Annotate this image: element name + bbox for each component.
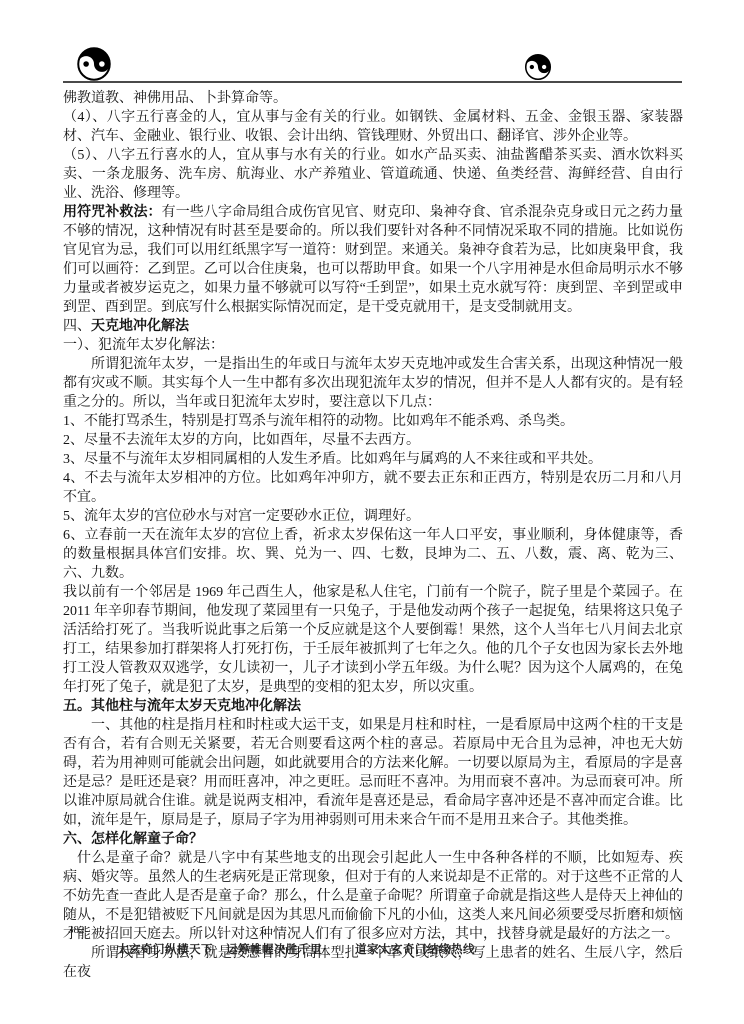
paragraph-lead: 用符咒补救法： <box>63 205 162 220</box>
yin-yang-taiji-icon-right <box>524 53 552 81</box>
page-number: 382 <box>68 924 85 936</box>
header-divider <box>63 81 682 83</box>
paragraph: 一、其他的柱是指月柱和时柱或大运干支，如果是月柱和时柱，一是看原局中这两个柱的干… <box>63 716 683 830</box>
paragraph: 我以前有一个邻居是 1969 年己酉生人，他家是私人住宅，门前有一个院子，院子里… <box>63 583 683 697</box>
footer-slogan-right: 道家太玄奇门结缘热线 <box>355 944 475 956</box>
yin-yang-taiji-icon-left <box>76 46 112 82</box>
document-body: 佛教道教、神佛用品、卜卦算命等。（4）、八字五行喜金的人，宜从事与金有关的行业。… <box>63 89 683 982</box>
paragraph: 所谓犯流年太岁，一是指出生的年或日与流年太岁天克地冲或发生合害关系，出现这种情况… <box>63 355 683 412</box>
footer-slogan-left: 太玄奇门纵横天下 <box>117 944 213 956</box>
section-heading: 五。其他柱与流年太岁天克地冲化解法 <box>63 697 683 716</box>
paragraph: 佛教道教、神佛用品、卜卦算命等。 <box>63 89 683 108</box>
section-heading: 六、怎样化解童子命？ <box>63 830 683 849</box>
paragraph: （5）、八字五行喜水的人，宜从事与水有关的行业。如水产品买卖、油盐酱醋茶买卖、酒… <box>63 146 683 203</box>
paragraph: 2、尽量不去流年太岁的方向，比如酉年，尽量不去西方。 <box>63 431 683 450</box>
scanned-book-page: 佛教道教、神佛用品、卜卦算命等。（4）、八字五行喜金的人，宜从事与金有关的行业。… <box>0 0 744 1024</box>
paragraph: 什么是童子命？就是八字中有某些地支的出现会引起此人一生中各种各样的不顺，比如短寿… <box>63 849 683 944</box>
paragraph: 一）、犯流年太岁化解法： <box>63 336 683 355</box>
paragraph: 4、不去与流年太岁相冲的方位。比如鸡年冲卯方，就不要去正东和正西方，特别是农历二… <box>63 469 683 507</box>
paragraph: 1、不能打骂杀生，特别是打骂杀与流年相符的动物。比如鸡年不能杀鸡、杀鸟类。 <box>63 412 683 431</box>
paragraph: 3、尽量不与流年太岁相同属相的人发生矛盾。比如鸡年与属鸡的人不来往或和平共处。 <box>63 450 683 469</box>
footer-slogans: 太玄奇门纵横天下运筹帷幄决胜千里道家太玄奇门结缘热线 <box>117 941 475 957</box>
paragraph: 用符咒补救法：有一些八字命局组合成伤官见官、财克印、枭神夺食、官杀混杂克身或日元… <box>63 203 683 317</box>
footer-slogan-middle: 运筹帷幄决胜千里 <box>226 944 322 956</box>
heading-prefix: 四、 <box>63 319 91 334</box>
section-heading: 四、天克地冲化解法 <box>63 317 683 336</box>
paragraph: 5、流年太岁的宫位砂水与对宫一定要砂水正位，调理好。 <box>63 507 683 526</box>
paragraph: （4）、八字五行喜金的人，宜从事与金有关的行业。如钢铁、金属材料、五金、金银玉器… <box>63 108 683 146</box>
paragraph: 6、立春前一天在流年太岁的宫位上香，祈求太岁保佑这一年人口平安，事业顺利，身体健… <box>63 526 683 583</box>
